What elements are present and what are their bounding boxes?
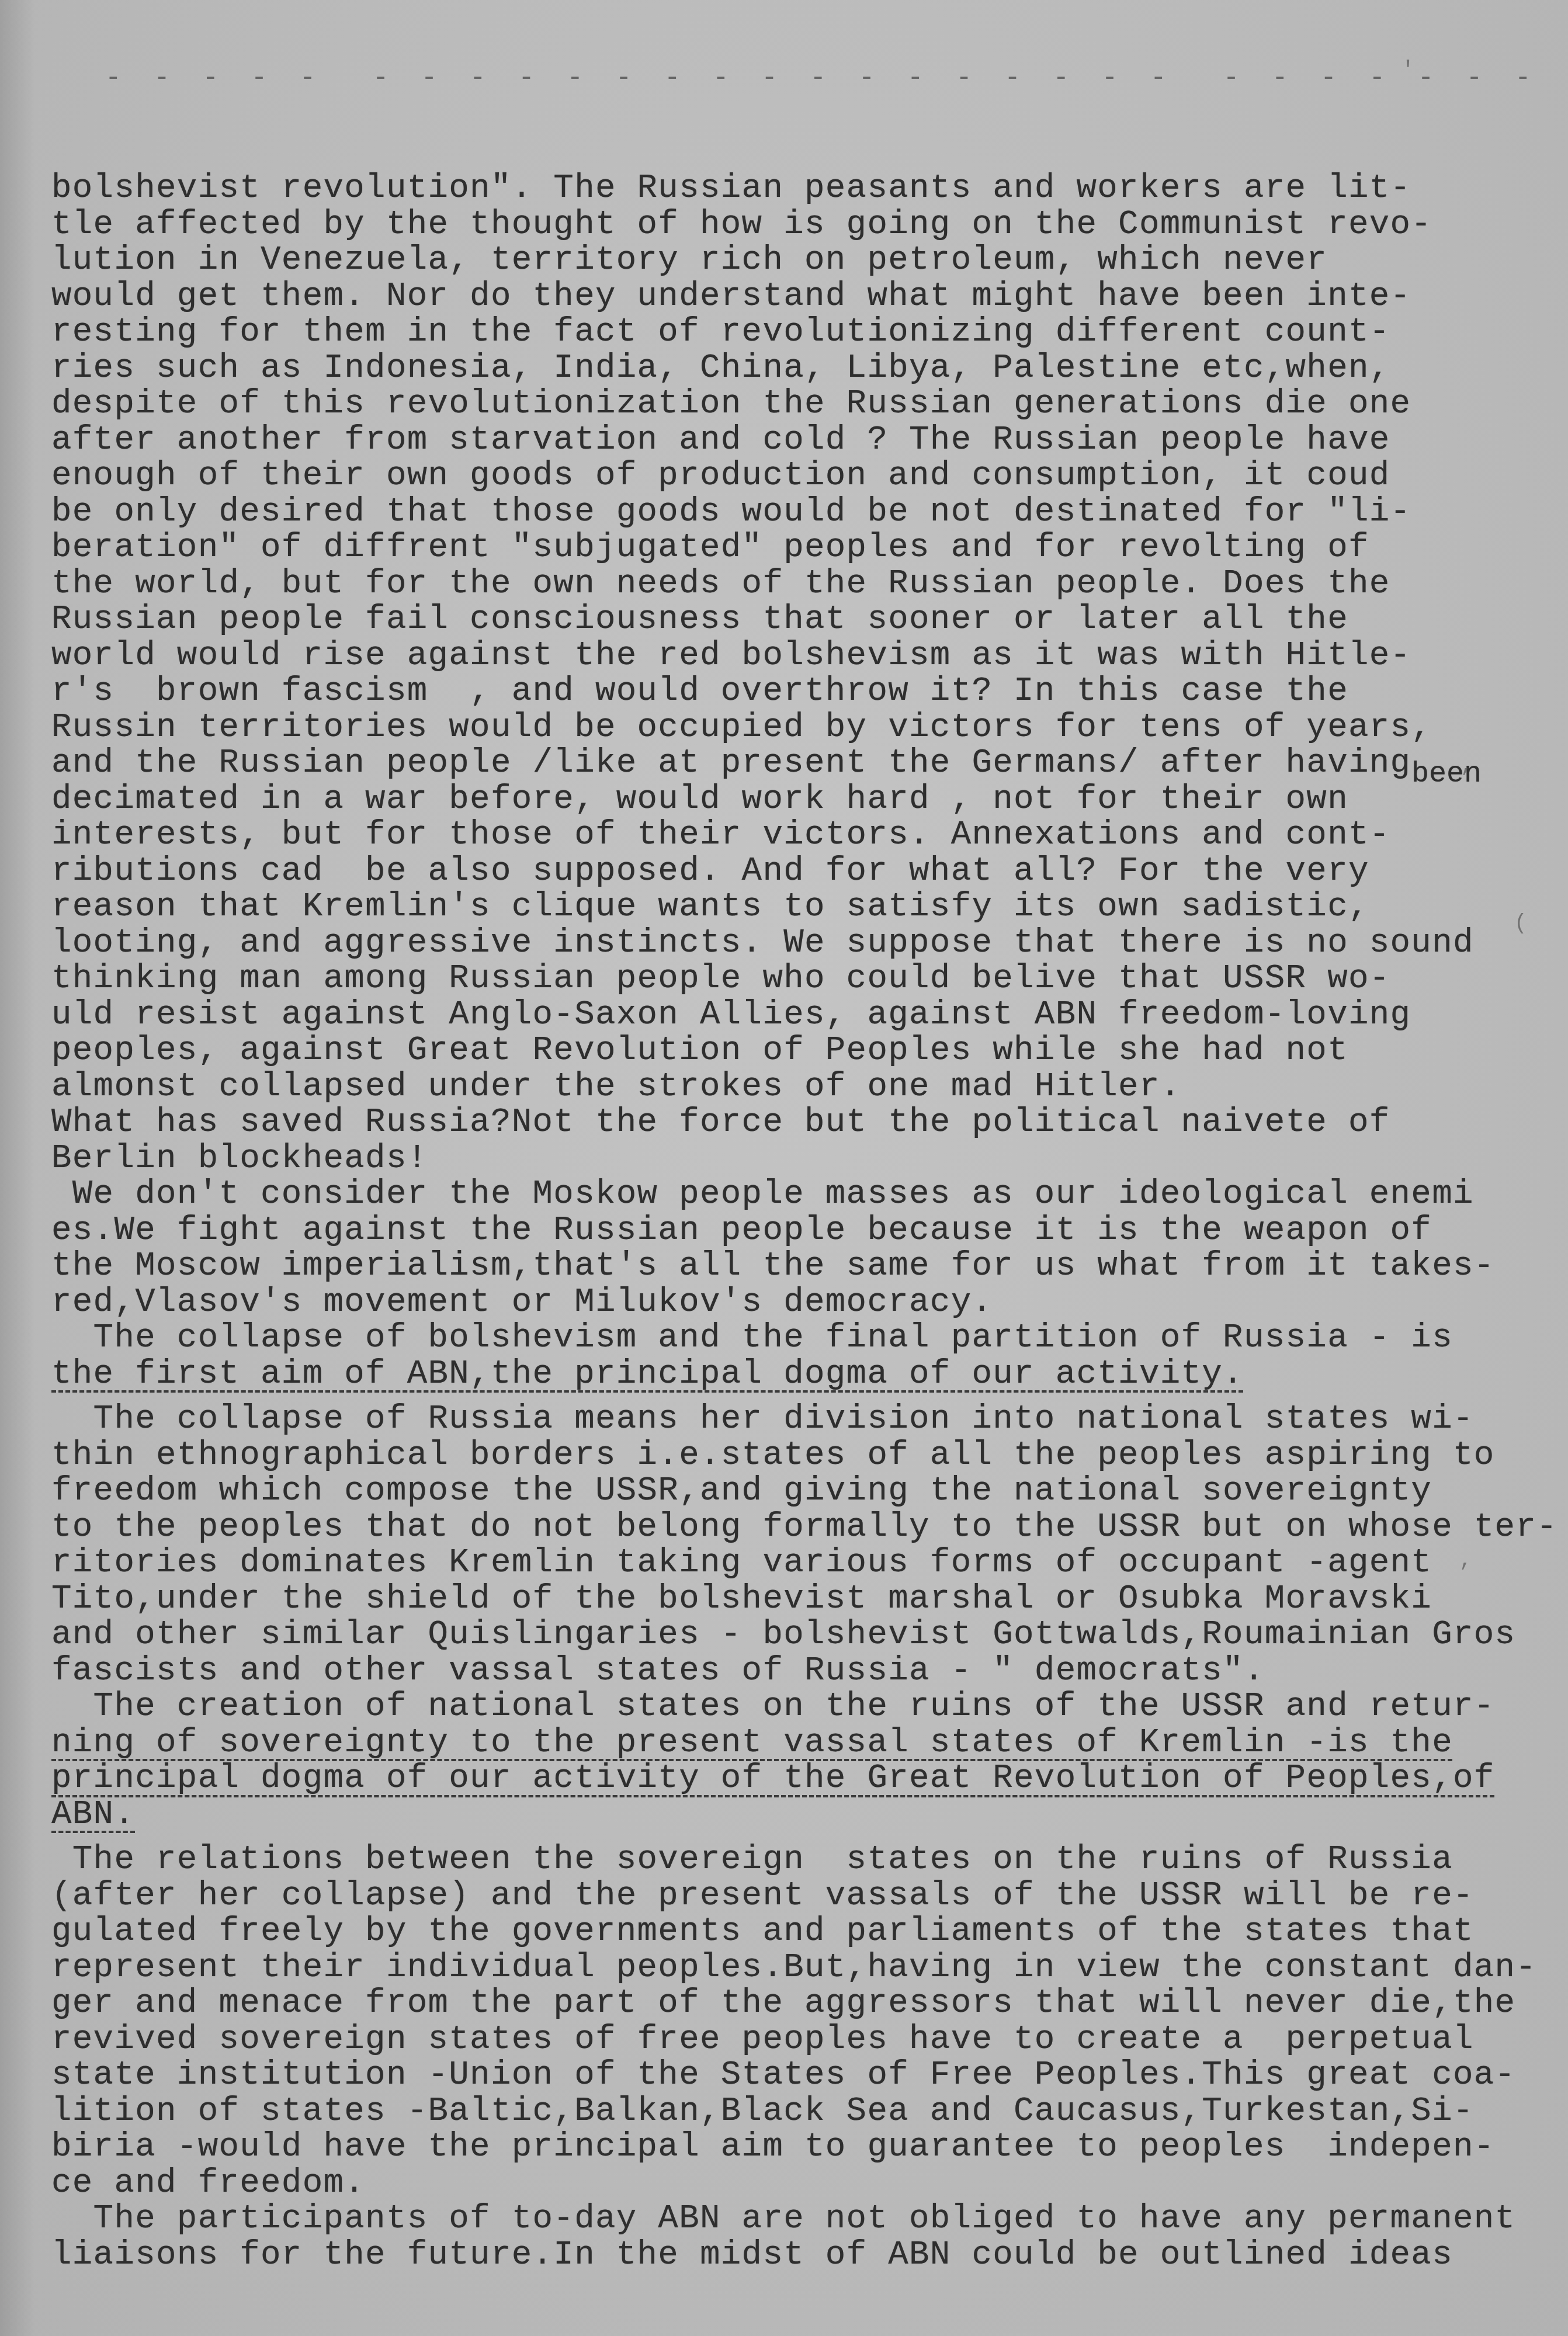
- text-line: reason that Kremlin's clique wants to sa…: [51, 889, 1524, 925]
- text-line: The creation of national states on the r…: [51, 1689, 1524, 1725]
- text-line: would get them. Nor do they understand w…: [51, 279, 1524, 315]
- text-line: fascists and other vassal states of Russ…: [51, 1653, 1524, 1689]
- text-line: represent their individual peoples.But,h…: [51, 1950, 1524, 1986]
- text-line: interests, but for those of their victor…: [51, 817, 1524, 853]
- text-line: The collapse of bolshevism and the final…: [51, 1320, 1524, 1356]
- text-line: ributions cad be also supposed. And for …: [51, 853, 1524, 890]
- text-line: ger and menace from the part of the aggr…: [51, 1986, 1524, 2022]
- text-line: Russian people fail consciousness that s…: [51, 602, 1524, 638]
- text-line: thinking man among Russian people who co…: [51, 961, 1524, 997]
- text-line: liaisons for the future.In the midst of …: [51, 2237, 1524, 2273]
- text-line: bolshevist revolution". The Russian peas…: [51, 171, 1524, 207]
- text-line: The relations between the sovereign stat…: [51, 1842, 1524, 1878]
- text-line: and the Russian people /like at present …: [51, 745, 1524, 782]
- text-line: uld resist against Anglo-Saxon Allies, a…: [51, 997, 1524, 1033]
- header-corner-mark: ': [1401, 58, 1415, 85]
- paragraph-relations-sovereign-states: The relations between the sovereign stat…: [51, 1842, 1524, 2201]
- text-line: We don't consider the Moskow people mass…: [51, 1176, 1524, 1213]
- underlined-text-line: ning of sovereignty to the present vassa…: [51, 1725, 1524, 1761]
- text-line: decimated in a war before, would work ha…: [51, 782, 1524, 818]
- paragraph-ideological-enemies: We don't consider the Moskow people mass…: [51, 1176, 1524, 1320]
- text-line: world would rise against the red bolshev…: [51, 638, 1524, 674]
- text-line: the Moscow imperialism,that's all the sa…: [51, 1248, 1524, 1285]
- text-line: freedom which compose the USSR,and givin…: [51, 1473, 1524, 1509]
- text-line: thin ethnographical borders i.e.states o…: [51, 1438, 1524, 1474]
- paragraph-abn-participants: The participants of to-day ABN are not o…: [51, 2201, 1524, 2273]
- paragraph-first-aim: The collapse of bolshevism and the final…: [51, 1320, 1524, 1392]
- text-line: The participants of to-day ABN are not o…: [51, 2201, 1524, 2237]
- text-line: looting, and aggressive instincts. We su…: [51, 925, 1524, 962]
- text-line: after another from starvation and cold ?…: [51, 422, 1524, 459]
- text-line: lution in Venezuela, territory rich on p…: [51, 242, 1524, 279]
- text-line: The collapse of Russia means her divisio…: [51, 1401, 1524, 1438]
- underlined-text-line: ABN.: [51, 1797, 1524, 1833]
- text-line: red,Vlasov's movement or Milukov's democ…: [51, 1285, 1524, 1321]
- text-line: enough of their own goods of production …: [51, 458, 1524, 494]
- text-line: What has saved Russia?Not the force but …: [51, 1105, 1524, 1141]
- text-line: ritories dominates Kremlin taking variou…: [51, 1545, 1524, 1581]
- text-line: the world, but for the own needs of the …: [51, 566, 1524, 602]
- text-line: Russin territories would be occupied by …: [51, 710, 1524, 746]
- text-line: Tito,under the shield of the bolshevist …: [51, 1581, 1524, 1618]
- text-line: resting for them in the fact of revoluti…: [51, 314, 1524, 350]
- text-line: tle affected by the thought of how is go…: [51, 207, 1524, 243]
- margin-speck: ,: [1461, 754, 1473, 777]
- text-line: (after her collapse) and the present vas…: [51, 1878, 1524, 1914]
- paragraph-russian-people: bolshevist revolution". The Russian peas…: [51, 171, 1524, 1176]
- text-line: revived sovereign states of free peoples…: [51, 2022, 1524, 2058]
- text-line: ce and freedom.: [51, 2165, 1524, 2202]
- text-line: and other similar Quislingaries - bolshe…: [51, 1617, 1524, 1653]
- underlined-text-line: principal dogma of our activity of the G…: [51, 1761, 1524, 1797]
- text-line: despite of this revolutionization the Ru…: [51, 386, 1524, 422]
- text-line: lition of states -Baltic,Balkan,Black Se…: [51, 2094, 1524, 2130]
- margin-speck: (: [1514, 911, 1527, 935]
- text-line: peoples, against Great Revolution of Peo…: [51, 1033, 1524, 1069]
- text-line: almonst collapsed under the strokes of o…: [51, 1069, 1524, 1105]
- text-line: Berlin blockheads!: [51, 1141, 1524, 1177]
- underlined-text-line: the first aim of ABN,the principal dogma…: [51, 1356, 1524, 1393]
- typewritten-body: bolshevist revolution". The Russian peas…: [51, 171, 1524, 2273]
- text-line: beration" of diffrent "subjugated" peopl…: [51, 530, 1524, 566]
- header-dashed-rule: - - - - - - - - - - - - - - - - - - - - …: [105, 63, 1539, 93]
- text-line: to the peoples that do not belong formal…: [51, 1509, 1524, 1546]
- text-line: be only desired that those goods would b…: [51, 494, 1524, 530]
- text-line: gulated freely by the governments and pa…: [51, 1914, 1524, 1950]
- text-line: state institution -Union of the States o…: [51, 2057, 1524, 2094]
- text-line: biria -would have the principal aim to g…: [51, 2129, 1524, 2165]
- paragraph-national-states: The collapse of Russia means her divisio…: [51, 1401, 1524, 1832]
- margin-speck: ,: [1459, 1548, 1472, 1572]
- text-line: ries such as Indonesia, India, China, Li…: [51, 350, 1524, 387]
- text-line: r's brown fascism , and would overthrow …: [51, 674, 1524, 710]
- text-line: es.We fight against the Russian people b…: [51, 1213, 1524, 1249]
